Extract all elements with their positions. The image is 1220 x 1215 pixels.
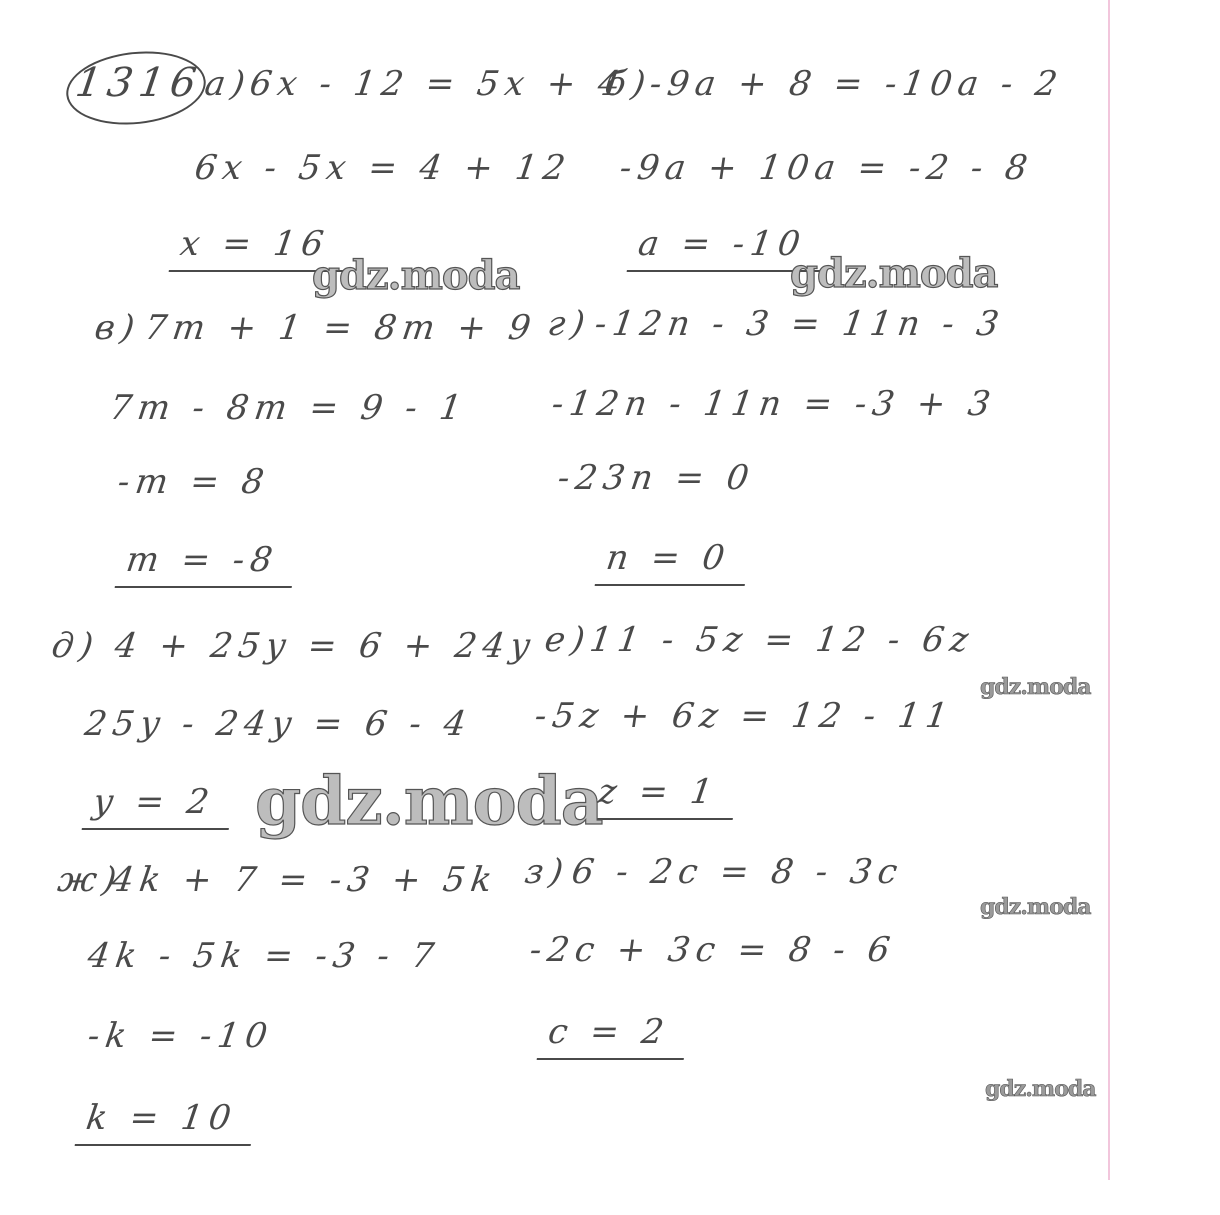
watermark: gdz.moda bbox=[255, 762, 603, 840]
part-zh-line-3: -k = -10 bbox=[85, 1016, 276, 1056]
watermark: gdz.moda bbox=[980, 894, 1091, 920]
part-b-line-1: -9a + 8 = -10a - 2 bbox=[647, 64, 1066, 104]
part-v-answer: m = -8 bbox=[115, 540, 299, 588]
part-d-answer: y = 2 bbox=[82, 782, 236, 830]
part-e-answer: z = 1 bbox=[587, 772, 739, 820]
part-e-line-2: -5z + 6z = 12 - 11 bbox=[532, 696, 956, 736]
page-margin-line bbox=[1108, 0, 1110, 1180]
part-d-label: д) bbox=[49, 626, 101, 666]
part-z-answer: c = 2 bbox=[537, 1012, 691, 1060]
part-v-line-2: 7m - 8m = 9 - 1 bbox=[107, 388, 470, 428]
part-zh-line-1: 4k + 7 = -3 + 5k bbox=[109, 860, 500, 900]
part-g-line-3: -23n = 0 bbox=[555, 458, 757, 498]
part-zh-line-2: 4k - 5k = -3 - 7 bbox=[85, 936, 442, 976]
part-a-label: а) bbox=[202, 64, 253, 104]
watermark: gdz.moda bbox=[312, 252, 519, 299]
part-e-label: е) bbox=[542, 620, 593, 660]
part-d-line-1: 4 + 25y = 6 + 24y bbox=[112, 626, 538, 666]
part-g-line-1: -12n - 3 = 11n - 3 bbox=[592, 304, 1007, 344]
part-e-line-1: 11 - 5z = 12 - 6z bbox=[587, 620, 977, 660]
watermark: gdz.moda bbox=[985, 1076, 1096, 1102]
part-a-line-2: 6x - 5x = 4 + 12 bbox=[192, 148, 573, 188]
part-g-label: г) bbox=[545, 304, 593, 344]
watermark: gdz.moda bbox=[790, 250, 997, 297]
part-v-label: в) bbox=[92, 308, 143, 348]
part-b-line-2: -9a + 10a = -2 - 8 bbox=[617, 148, 1036, 188]
part-d-line-2: 25y - 24y = 6 - 4 bbox=[82, 704, 474, 744]
part-z-label: з) bbox=[522, 852, 571, 892]
watermark: gdz.moda bbox=[980, 674, 1091, 700]
part-z-line-1: 6 - 2c = 8 - 3c bbox=[569, 852, 906, 892]
part-v-line-1: 7m + 1 = 8m + 9 bbox=[142, 308, 539, 348]
part-z-line-2: -2c + 3c = 8 - 6 bbox=[527, 930, 898, 970]
part-a-line-1: 6x - 12 = 5x + 4 bbox=[247, 64, 628, 104]
problem-number: 1316 bbox=[73, 60, 205, 106]
part-b-label: б) bbox=[602, 64, 654, 104]
part-zh-answer: k = 10 bbox=[75, 1098, 258, 1146]
part-v-line-3: -m = 8 bbox=[115, 462, 272, 502]
part-g-line-2: -12n - 11n = -3 + 3 bbox=[549, 384, 998, 424]
part-g-answer: n = 0 bbox=[595, 538, 751, 586]
